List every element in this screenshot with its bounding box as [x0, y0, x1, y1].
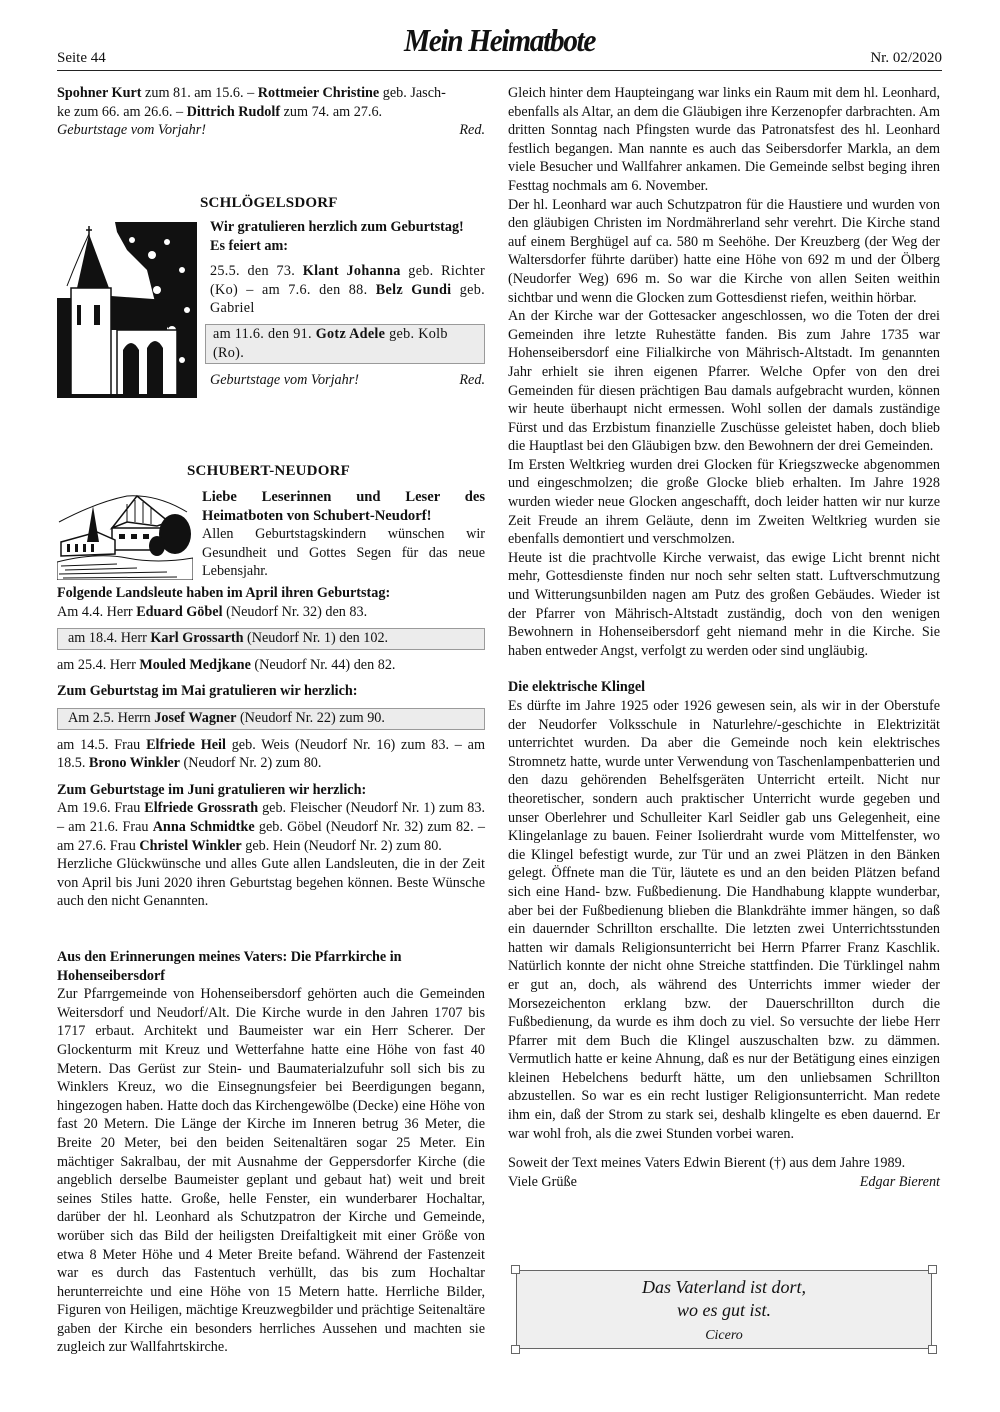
person-name: Gotz Adele [316, 326, 386, 342]
corner-ornament-icon [928, 1345, 937, 1354]
issue-number: Nr. 02/2020 [870, 50, 942, 67]
text-run: am 18.4. Herr [68, 630, 150, 646]
page-header: Seite 44 Mein Heimatbote Nr. 02/2020 [57, 20, 942, 72]
person-name: Josef Wagner [154, 710, 236, 726]
article-paragraph: Im Ersten Weltkrieg wurden drei Glocken … [508, 456, 940, 549]
birthday-entry: Am 19.6. Frau Elfriede Grossrath geb. Fl… [57, 799, 485, 855]
quote-line-2: wo es gut ist. [508, 1299, 940, 1322]
section-title-schloegelsdorf: SCHLÖGELSDORF [200, 194, 338, 213]
birthday-entry: am 14.5. Frau Elfriede Heil geb. Weis (N… [57, 736, 485, 773]
schubert-greeting-text: Allen Geburtstagskindern wünschen wir Ge… [202, 525, 485, 581]
birthday-entry: 25.5. den 73. Klant Johanna geb. Richter… [210, 262, 485, 318]
note-previous-year: Geburtstage vom Vorjahr! [210, 371, 359, 390]
text-run: zum 81. am 15.6. – [142, 85, 258, 101]
article-title: Aus den Erinnerungen meines Vaters: Die … [57, 948, 485, 985]
klingel-body: Es dürfte im Jahre 1925 oder 1926 gewese… [508, 697, 940, 1143]
article-paragraph: Heute ist die prachtvolle Kirche verwais… [508, 549, 940, 661]
intro-birthdays: Spohner Kurt zum 81. am 15.6. – Rottmeie… [57, 84, 485, 140]
text-run: 25.5. den 73. [210, 263, 303, 279]
text-run: ke zum 66. am 26.6. – [57, 104, 187, 120]
text-run: (Neudorf Nr. 2) zum 80. [180, 755, 321, 771]
church-illustration [57, 220, 197, 398]
corner-ornament-icon [511, 1265, 520, 1274]
person-name: Klant Johanna [303, 263, 401, 279]
quote-author: Cicero [508, 1328, 940, 1344]
text-run: am 25.4. Herr [57, 657, 139, 673]
author-signature: Edgar Bierent [860, 1173, 940, 1192]
schubert-greeting: Liebe Leserinnen und Leser des Heimatbot… [202, 488, 485, 581]
birthday-entry: am 25.4. Herr Mouled Medjkane (Neudorf N… [57, 656, 485, 675]
newsletter-page: Seite 44 Mein Heimatbote Nr. 02/2020 Spo… [0, 0, 1000, 1412]
may-heading: Zum Geburtstag im Mai gratulieren wir he… [57, 682, 485, 701]
closing-wishes: Herzliche Glückwünsche und alles Gute al… [57, 855, 485, 911]
rich-line: ke zum 66. am 26.6. – Dittrich Rudolf zu… [57, 103, 485, 122]
article-body: Zur Pfarrgemeinde von Hohenseibersdorf g… [57, 985, 485, 1357]
person-name: Rottmeier Christine [258, 85, 379, 101]
highlighted-birthday-entry: Am 2.5. Herrn Josef Wagner (Neudorf Nr. … [57, 708, 485, 730]
person-name: Brono Winkler [89, 755, 180, 771]
schloegelsdorf-content: Wir gratulieren herzlich zum Geburtstag!… [210, 218, 485, 390]
april-heading: Folgende Landsleute haben im April ihren… [57, 584, 485, 603]
klingel-title: Die elektrische Klingel [508, 678, 940, 697]
signature-red: Red. [459, 121, 485, 140]
text-run: Am 19.6. Frau [57, 800, 144, 816]
masthead-logo: Mein Heimatbote [92, 22, 906, 59]
person-name: Elfriede Heil [146, 737, 226, 753]
text-run: Am 4.4. Herr [57, 604, 136, 620]
closing-note: Soweit der Text meines Vaters Edwin Bier… [508, 1154, 940, 1173]
quote-box: Das Vaterland ist dort, wo es gut ist. C… [508, 1262, 940, 1357]
birthday-entry: Am 4.4. Herr Eduard Göbel (Neudorf Nr. 3… [57, 603, 485, 622]
text-run: zum 74. am 27.6. [280, 104, 382, 120]
highlighted-birthday-entry: am 18.4. Herr Karl Grossarth (Neudorf Nr… [57, 628, 485, 650]
corner-ornament-icon [511, 1345, 520, 1354]
person-name: Karl Grossarth [150, 630, 243, 646]
schubert-birthdays: Folgende Landsleute haben im April ihren… [57, 584, 485, 911]
text-run: Am 2.5. Herrn [68, 710, 154, 726]
text-run: (Neudorf Nr. 44) den 82. [251, 657, 396, 673]
header-rule [57, 70, 942, 71]
church-image-icon [57, 220, 197, 398]
person-name: Elfriede Grossrath [144, 800, 258, 816]
right-column: Gleich hinter dem Haupteingang war links… [508, 84, 940, 1191]
person-name: Eduard Göbel [136, 604, 222, 620]
article-paragraph: Gleich hinter dem Haupteingang war links… [508, 84, 940, 196]
person-name: Mouled Medjkane [139, 657, 251, 673]
text-run: am 14.5. Frau [57, 737, 146, 753]
section-title-schubert-neudorf: SCHUBERT-NEUDORF [187, 462, 350, 481]
person-name: Spohner Kurt [57, 85, 142, 101]
text-run: (Neudorf Nr. 32) den 83. [223, 604, 368, 620]
note-previous-year: Geburtstage vom Vorjahr! [57, 121, 206, 140]
schubert-greeting-bold: Liebe Leserinnen und Leser des Heimatbot… [202, 488, 485, 525]
greeting-line-2: Es feiert am: [210, 237, 485, 256]
june-heading: Zum Geburtstage im Juni gratulieren wir … [57, 781, 485, 800]
signature-red: Red. [459, 371, 485, 390]
person-name: Belz Gundi [376, 282, 452, 298]
quote-line-1: Das Vaterland ist dort, [508, 1276, 940, 1299]
farmhouse-illustration [57, 492, 193, 580]
corner-ornament-icon [928, 1265, 937, 1274]
rich-line: Spohner Kurt zum 81. am 15.6. – Rottmeie… [57, 84, 485, 103]
text-run: (Neudorf Nr. 22) zum 90. [236, 710, 385, 726]
person-name: Dittrich Rudolf [187, 104, 280, 120]
farmhouse-image-icon [57, 492, 193, 580]
church-article: Aus den Erinnerungen meines Vaters: Die … [57, 948, 485, 1357]
text-run: geb. Jasch- [379, 85, 446, 101]
greeting: Viele Grüße [508, 1173, 577, 1192]
quote-text: Das Vaterland ist dort, wo es gut ist. [508, 1276, 940, 1322]
text-run: (Neudorf Nr. 1) den 102. [243, 630, 388, 646]
text-run: geb. Hein (Neudorf Nr. 2) zum 80. [242, 838, 442, 854]
person-name: Christel Winkler [139, 838, 241, 854]
article-paragraph: Der hl. Leonhard war auch Schutzpatron f… [508, 196, 940, 308]
person-name: Anna Schmidtke [153, 819, 255, 835]
text-run: am 11.6. den 91. [213, 326, 316, 342]
article-paragraph: An der Kirche war der Gottesacker angesc… [508, 307, 940, 456]
greeting-line-1: Wir gratulieren herzlich zum Geburtstag! [210, 218, 485, 237]
highlighted-birthday-entry: am 11.6. den 91. Gotz Adele geb. Kolb (R… [205, 324, 485, 364]
